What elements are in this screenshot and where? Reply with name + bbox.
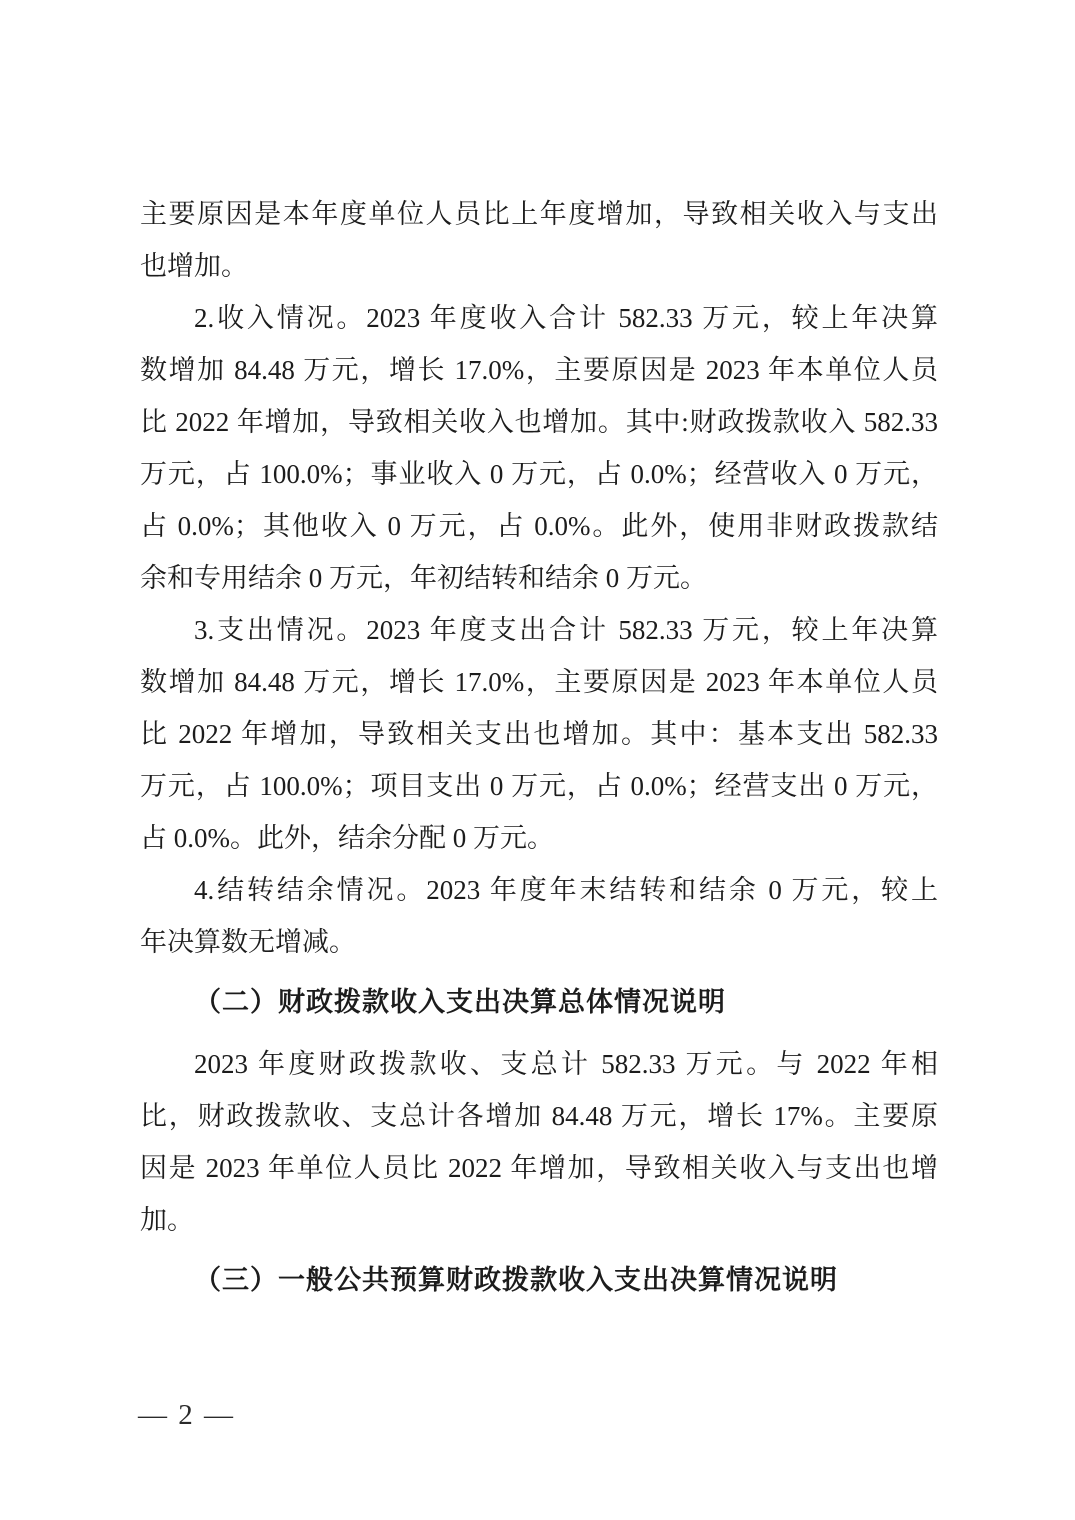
text-line: 占 0.0%。此外，结余分配 0 万元。 [140, 812, 938, 864]
paragraph-expenditure: 3.支出情况。2023 年度支出合计 582.33 万元，较上年决算 数增加 8… [140, 604, 938, 864]
text-line: 主要原因是本年度单位人员比上年度增加，导致相关收入与支出 [140, 188, 938, 240]
text-line: 4.结转结余情况。2023 年度年末结转和结余 0 万元，较上 [140, 864, 938, 916]
text-line: 年决算数无增减。 [140, 916, 938, 968]
text-line: 比 2022 年增加，导致相关收入也增加。其中:财政拨款收入 582.33 [140, 396, 938, 448]
text-line: 万元，占 100.0%；项目支出 0 万元，占 0.0%；经营支出 0 万元， [140, 760, 938, 812]
text-line: 余和专用结余 0 万元，年初结转和结余 0 万元。 [140, 552, 938, 604]
text-line: 2.收入情况。2023 年度收入合计 582.33 万元，较上年决算 [140, 292, 938, 344]
paragraph-fiscal-appropriation: 2023 年度财政拨款收、支总计 582.33 万元。与 2022 年相 比，财… [140, 1038, 938, 1246]
text-line: 比 2022 年增加，导致相关支出也增加。其中：基本支出 582.33 [140, 708, 938, 760]
text-line: 加。 [140, 1194, 938, 1246]
text-line: 因是 2023 年单位人员比 2022 年增加，导致相关收入与支出也增 [140, 1142, 938, 1194]
paragraph-income: 2.收入情况。2023 年度收入合计 582.33 万元，较上年决算 数增加 8… [140, 292, 938, 604]
text-line: 数增加 84.48 万元，增长 17.0%，主要原因是 2023 年本单位人员 [140, 656, 938, 708]
text-line: 比，财政拨款收、支总计各增加 84.48 万元，增长 17%。主要原 [140, 1090, 938, 1142]
page-number: — 2 — [138, 1399, 235, 1432]
paragraph-carryover: 4.结转结余情况。2023 年度年末结转和结余 0 万元，较上 年决算数无增减。 [140, 864, 938, 968]
paragraph-continuation: 主要原因是本年度单位人员比上年度增加，导致相关收入与支出 也增加。 [140, 188, 938, 292]
text-line: 2023 年度财政拨款收、支总计 582.33 万元。与 2022 年相 [140, 1038, 938, 1090]
text-line: 占 0.0%；其他收入 0 万元，占 0.0%。此外，使用非财政拨款结 [140, 500, 938, 552]
document-body: 主要原因是本年度单位人员比上年度增加，导致相关收入与支出 也增加。 2.收入情况… [140, 188, 938, 1316]
section-heading-text: （二）财政拨款收入支出决算总体情况说明 [140, 976, 938, 1028]
text-line: 数增加 84.48 万元，增长 17.0%，主要原因是 2023 年本单位人员 [140, 344, 938, 396]
text-line: 3.支出情况。2023 年度支出合计 582.33 万元，较上年决算 [140, 604, 938, 656]
section-heading-text: （三）一般公共预算财政拨款收入支出决算情况说明 [140, 1254, 938, 1306]
heading-section-2: （二）财政拨款收入支出决算总体情况说明 [140, 976, 938, 1028]
text-line: 万元，占 100.0%；事业收入 0 万元，占 0.0%；经营收入 0 万元， [140, 448, 938, 500]
heading-section-3: （三）一般公共预算财政拨款收入支出决算情况说明 [140, 1254, 938, 1306]
document-page: 主要原因是本年度单位人员比上年度增加，导致相关收入与支出 也增加。 2.收入情况… [0, 0, 1075, 1520]
text-line: 也增加。 [140, 240, 938, 292]
